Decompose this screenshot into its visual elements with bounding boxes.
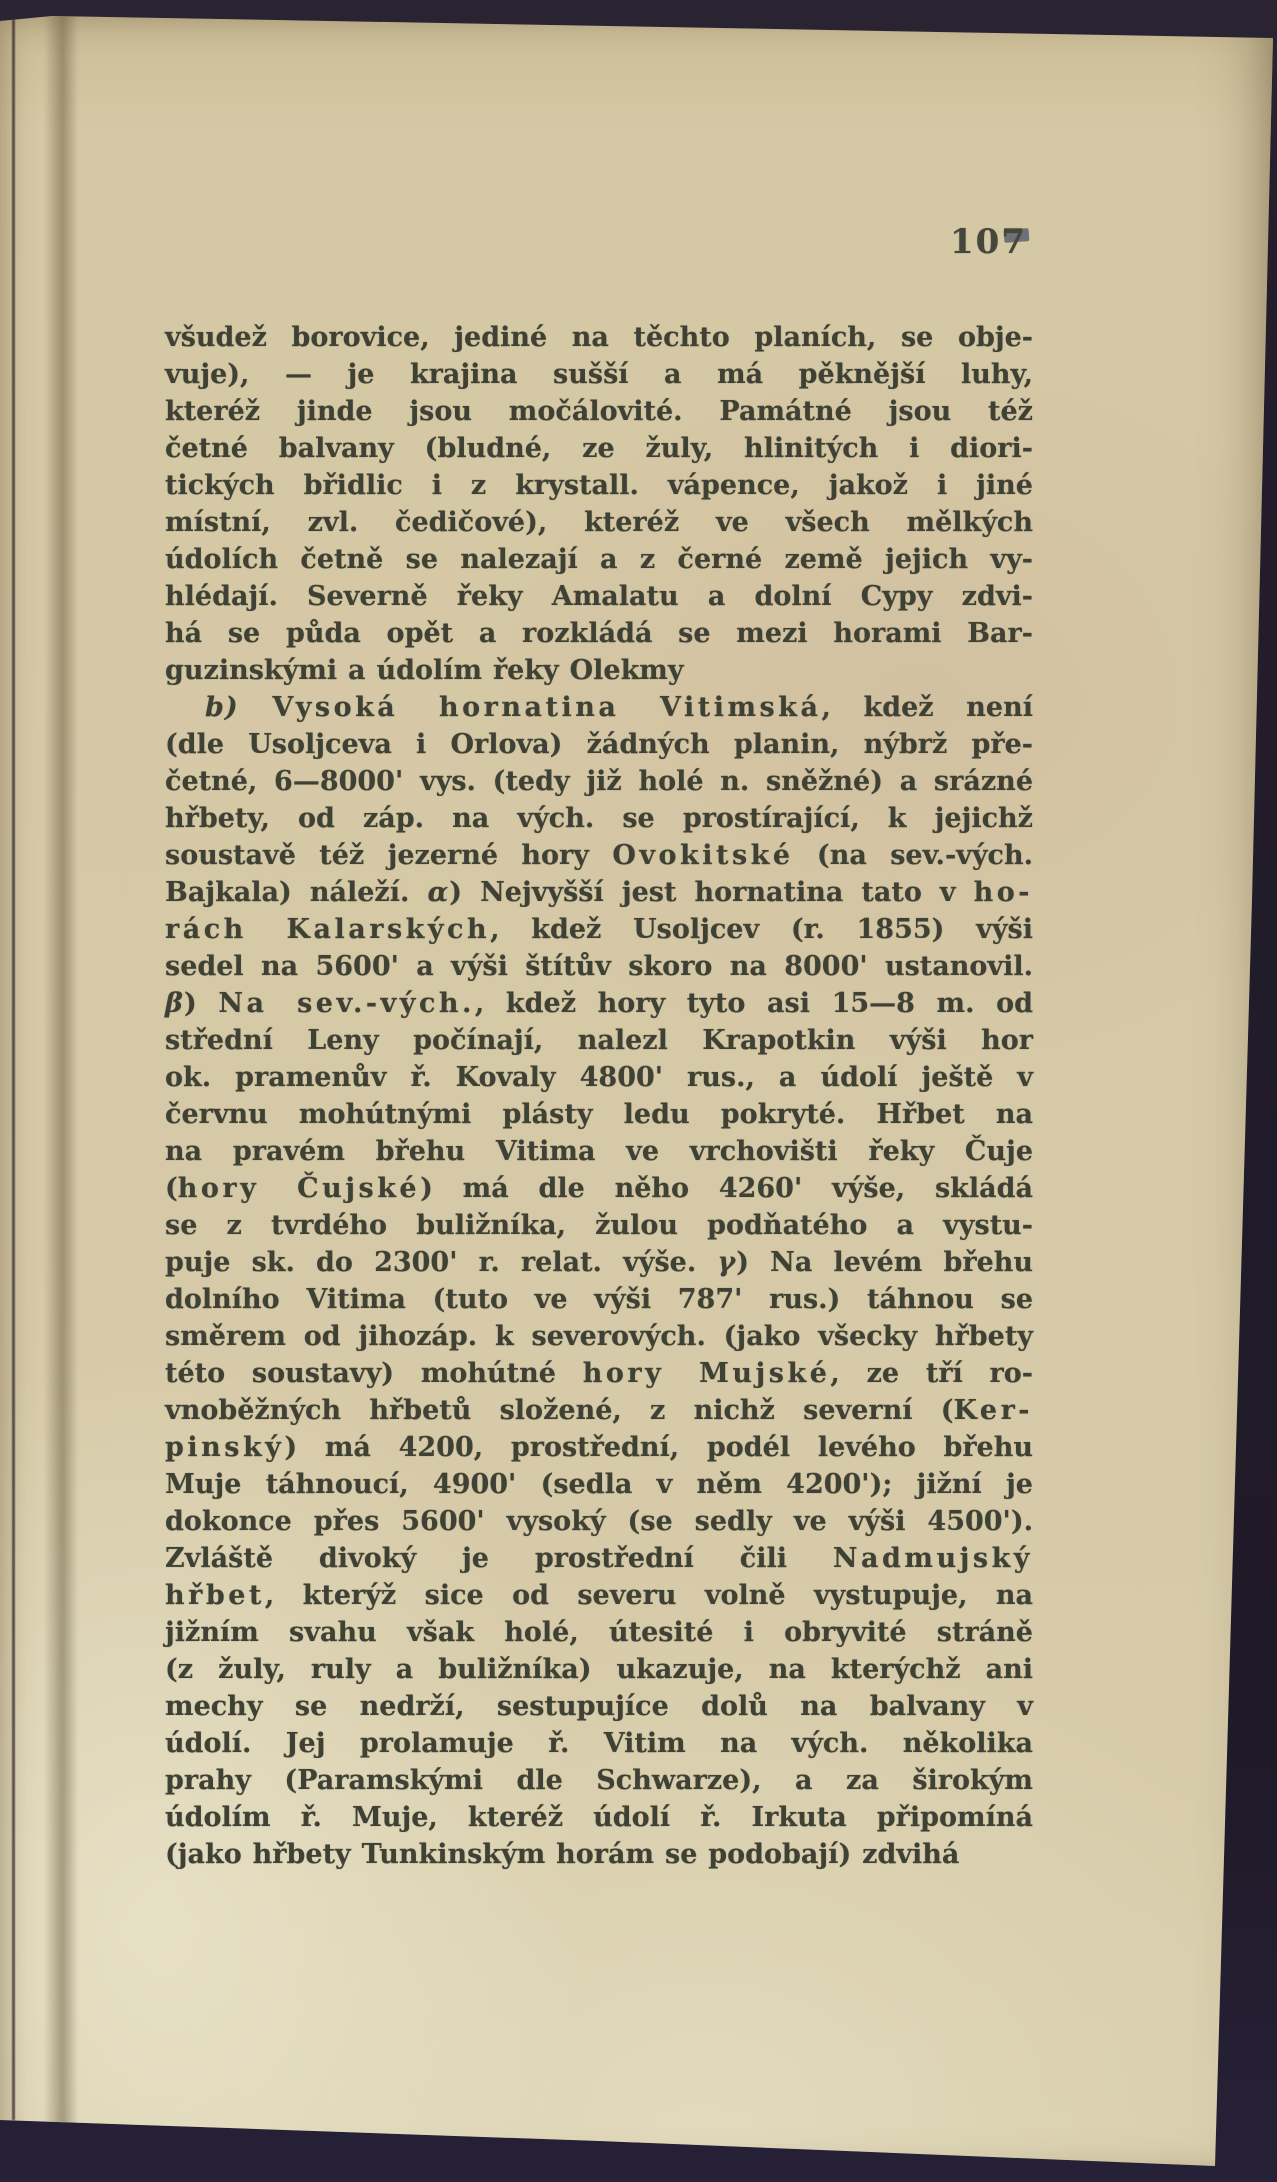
text-line: hřbet, kterýž sice od severu volně vystu…: [165, 1577, 1033, 1614]
text-line: prahy (Paramskými dle Schwarze), a za ši…: [165, 1762, 1033, 1799]
text-line: údolím ř. Muje, kteréž údolí ř. Irkuta p…: [165, 1799, 1033, 1836]
text-line: na pravém břehu Vitima ve vrchovišti řek…: [165, 1133, 1033, 1170]
text-line: (dle Usoljceva i Orlova) žádných planin,…: [165, 726, 1033, 763]
text-line: soustavě též jezerné hory Ovokitské (na …: [165, 837, 1033, 874]
text-line: rách Kalarských, kdež Usoljcev (r. 1855)…: [165, 911, 1033, 948]
text-line: tických břidlic i z krystall. vápence, j…: [165, 467, 1033, 504]
text-line: há se půda opět a rozkládá se mezi horam…: [165, 615, 1033, 652]
text-block: všudež borovice, jediné na těchto planíc…: [165, 319, 1033, 1873]
text-line: sedel na 5600' a výši štítův skoro na 80…: [165, 948, 1033, 985]
text-line: četné, 6—8000' vys. (tedy již holé n. sn…: [165, 763, 1033, 800]
text-line: této soustavy) mohútné hory Mujské, ze t…: [165, 1355, 1033, 1392]
text-line: pinský) má 4200, prostřední, podél levéh…: [165, 1429, 1033, 1466]
page-number: 107: [165, 222, 1027, 262]
text-line: četné balvany (bludné, ze žuly, hlinitýc…: [165, 430, 1033, 467]
text-line: mechy se nedrží, sestupujíce dolů na bal…: [165, 1688, 1033, 1725]
text-line: Muje táhnoucí, 4900' (sedla v něm 4200')…: [165, 1466, 1033, 1503]
text-line: směrem od jihozáp. k severových. (jako v…: [165, 1318, 1033, 1355]
text-line: (z žuly, ruly a buližníka) ukazuje, na k…: [165, 1651, 1033, 1688]
scan-background: { "page": { "number": "107", "paper_colo…: [0, 0, 1277, 2182]
text-line: údolí. Jej prolamuje ř. Vitim na vých. n…: [165, 1725, 1033, 1762]
text-line: guzinskými a údolím řeky Olekmy: [165, 652, 1033, 689]
text-line: se z tvrdého buližníka, žulou podňatého …: [165, 1207, 1033, 1244]
text-line: Bajkala) náleží. α) Nejvyšší jest hornat…: [165, 874, 1033, 911]
text-line: β) Na sev.-vých., kdež hory tyto asi 15—…: [165, 985, 1033, 1022]
text-line: Zvláště divoký je prostřední čili Nadmuj…: [165, 1540, 1033, 1577]
text-line: hlédají. Severně řeky Amalatu a dolní Cy…: [165, 578, 1033, 615]
text-line: dokonce přes 5600' vysoký (se sedly ve v…: [165, 1503, 1033, 1540]
text-line: dolního Vitima (tuto ve výši 787' rus.) …: [165, 1281, 1033, 1318]
text-line: střední Leny počínají, nalezl Krapotkin …: [165, 1022, 1033, 1059]
text-line: (hory Čujské) má dle něho 4260' výše, sk…: [165, 1170, 1033, 1207]
text-line: (jako hřbety Tunkinským horám se podobaj…: [165, 1836, 1033, 1873]
text-line: všudež borovice, jediné na těchto planíc…: [165, 319, 1033, 356]
text-line: vnoběžných hřbetů složené, z nichž sever…: [165, 1392, 1033, 1429]
gutter-shadow: [44, 0, 78, 2182]
text-line: místní, zvl. čedičové), kteréž ve všech …: [165, 504, 1033, 541]
text-line: červnu mohútnými plásty ledu pokryté. Hř…: [165, 1096, 1033, 1133]
text-line: ok. pramenův ř. Kovaly 4800' rus., a údo…: [165, 1059, 1033, 1096]
text-line: b) Vysoká hornatina Vitimská, kdež není: [165, 689, 1033, 726]
text-line: jižním svahu však holé, útesité i obryvi…: [165, 1614, 1033, 1651]
text-line: kteréž jinde jsou močálovité. Památné js…: [165, 393, 1033, 430]
text-line: údolích četně se nalezají a z černé země…: [165, 541, 1033, 578]
text-line: puje sk. do 2300' r. relat. výše. γ) Na …: [165, 1244, 1033, 1281]
book-page: 107 všudež borovice, jediné na těchto pl…: [0, 0, 1277, 2182]
text-line: hřbety, od záp. na vých. se prostírající…: [165, 800, 1033, 837]
page-edge-line: [12, 16, 15, 2120]
text-line: vuje), — je krajina sušší a má pěknější …: [165, 356, 1033, 393]
